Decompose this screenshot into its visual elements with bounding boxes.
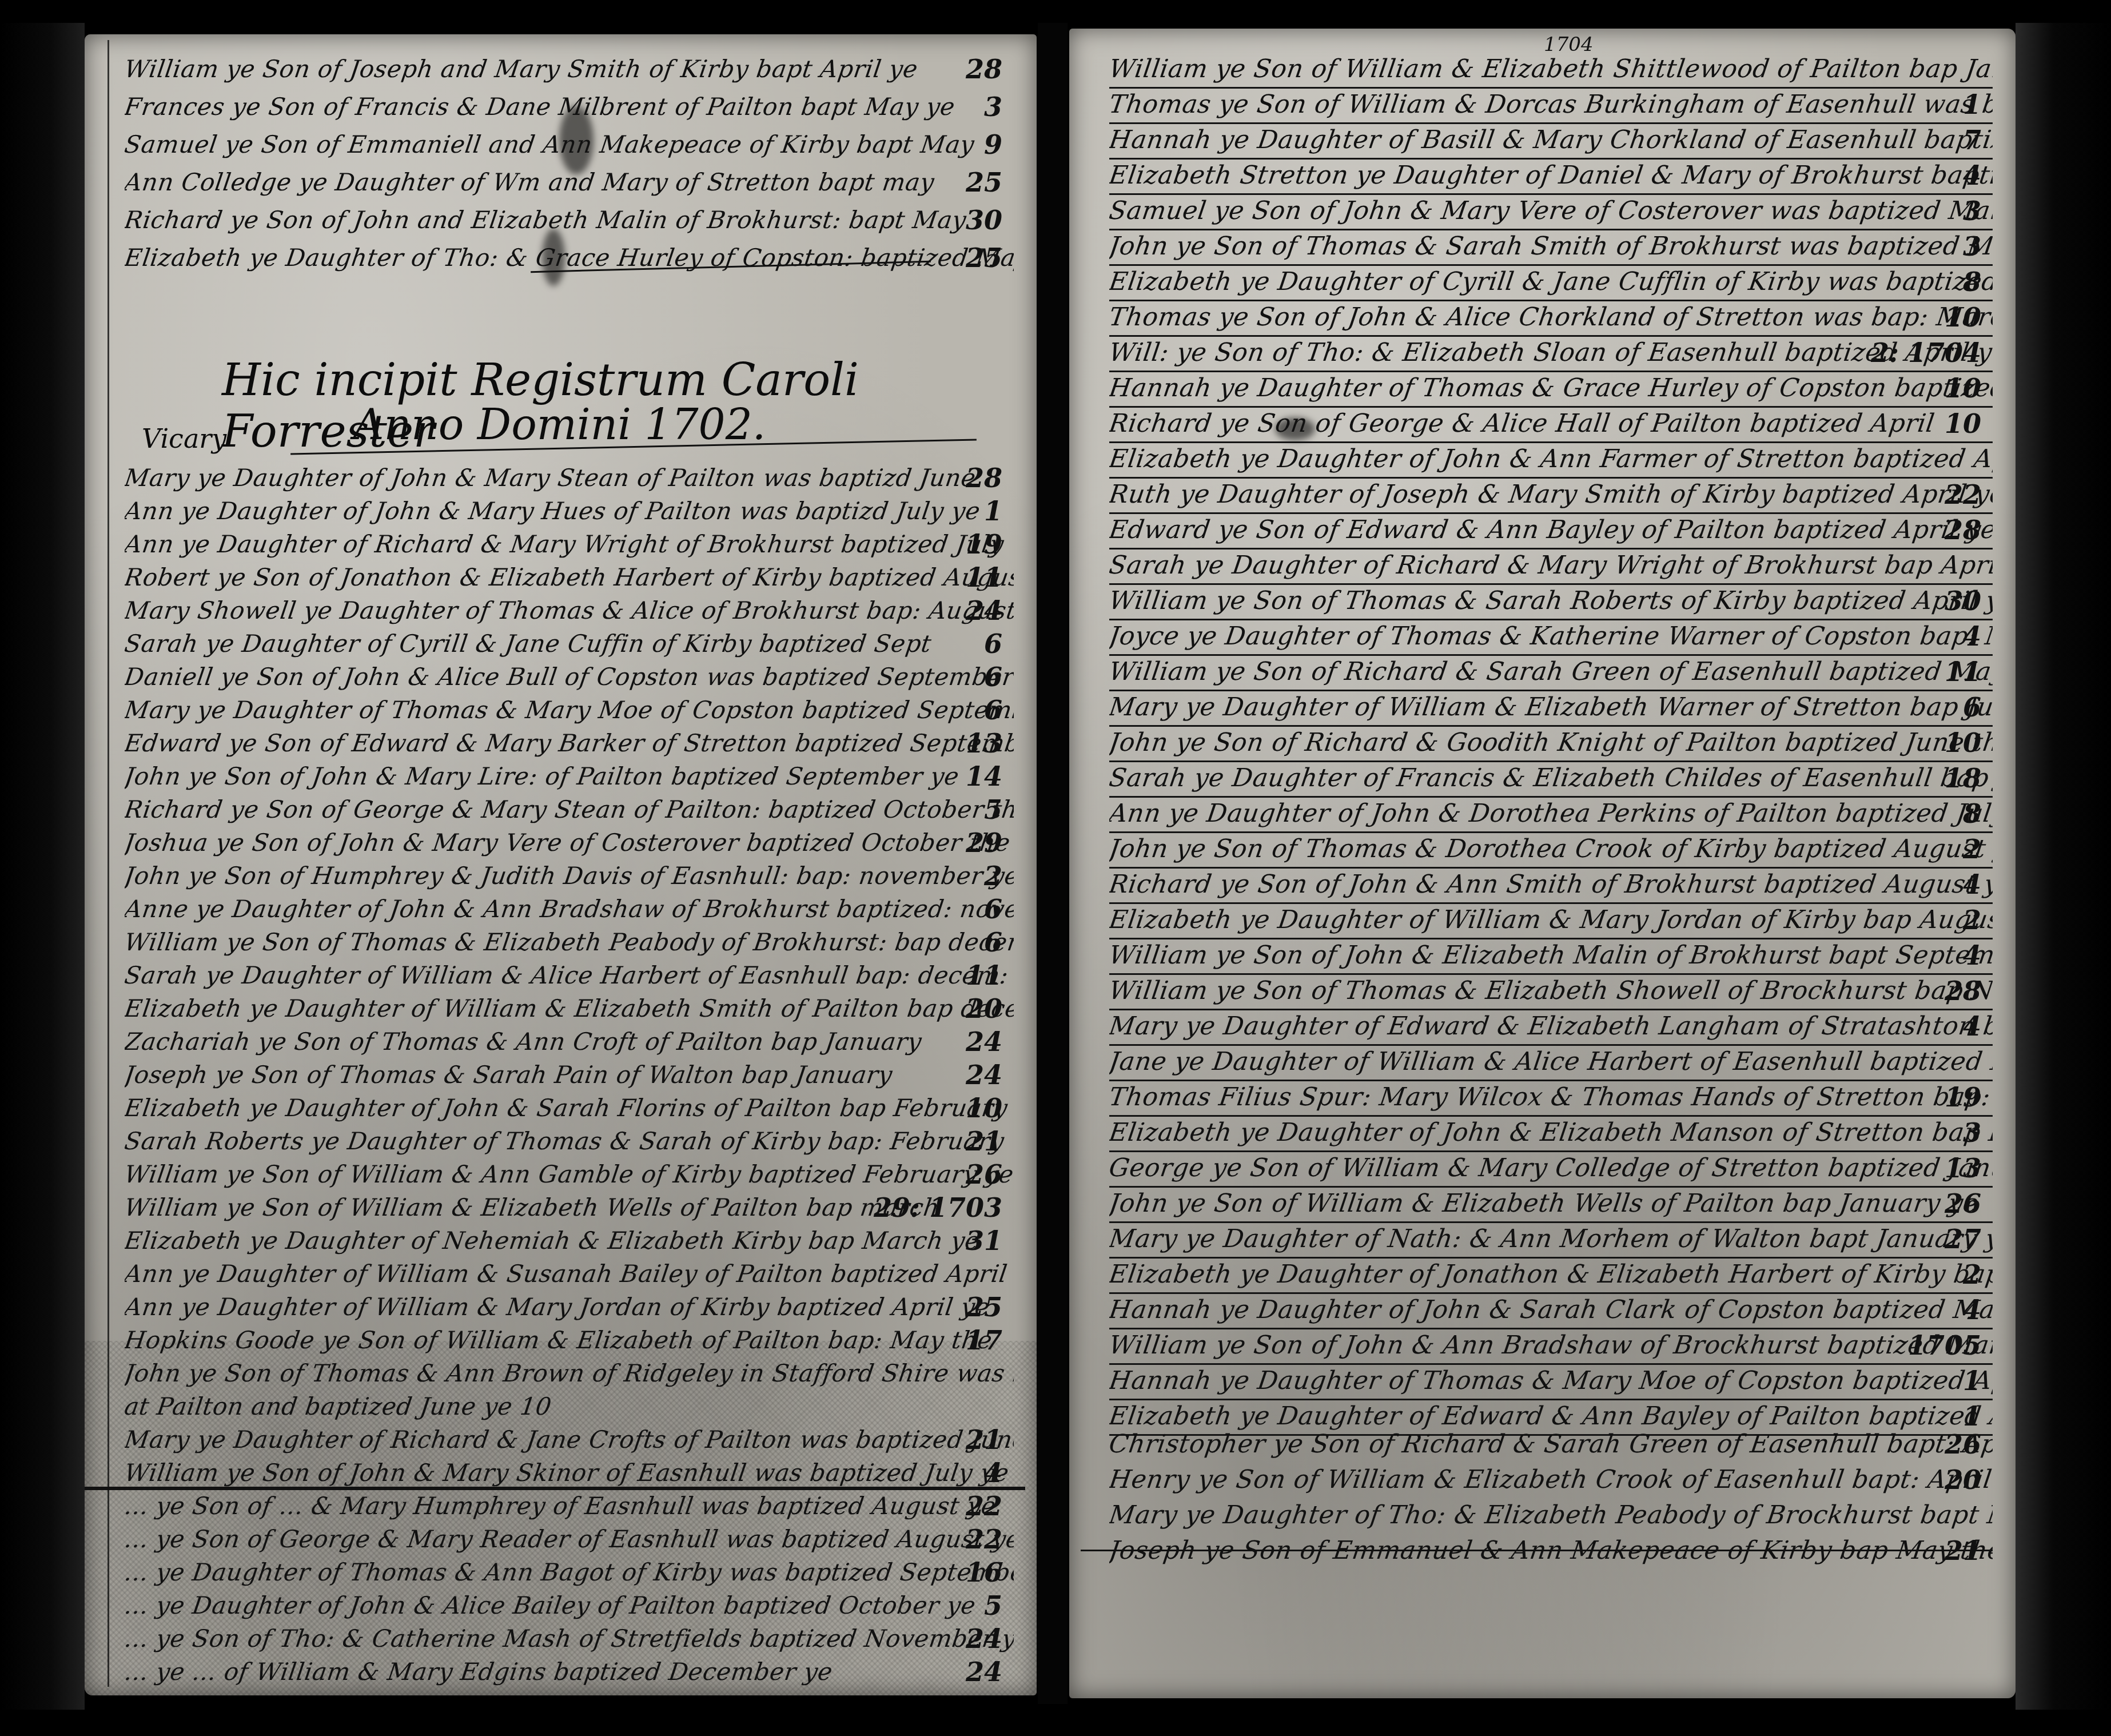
register-entry: Sarah ye Daughter of Richard & Mary Wrig… [1109,548,1993,585]
entry-day: 1705 [1908,1328,1981,1363]
entry-day: 25 [966,240,1002,276]
register-entry: Elizabeth ye Daughter of Jonathon & Eliz… [1109,1257,1993,1294]
register-entry: Zachariah ye Son of Thomas & Ann Croft o… [125,1024,1014,1060]
page-end-rule [1081,1550,1993,1551]
entry-day: 17 [966,1323,1002,1358]
entry-day: 3 [1963,193,1981,229]
entry-day: 30 [966,202,1002,238]
entry-text: Jane ye Daughter of William & Alice Harb… [1109,1044,1993,1080]
entry-text: Thomas ye Son of William & Dorcas Burkin… [1109,87,1993,122]
entry-day: 1 [1963,1363,1981,1399]
register-entry: Mary ye Daughter of William & Elizabeth … [1109,690,1993,727]
entry-text: ... ye Daughter of Thomas & Ann Bagot of… [125,1555,1014,1590]
entry-day: 22 [966,1488,1002,1524]
entry-day: 3 [1963,229,1981,264]
entry-text: Hannah ye Daughter of Thomas & Mary Moe … [1109,1363,1993,1399]
right-register-page: 1704 William ye Son of William & Elizabe… [1069,29,2016,1698]
entry-day: 18 [1945,761,1981,796]
entry-day: 26 [1945,1186,1981,1221]
register-entry: Sarah Roberts ye Daughter of Thomas & Sa… [125,1124,1014,1159]
entry-day: 24 [966,1621,1002,1657]
entry-text: Henry ye Son of William & Elizabeth Croo… [1109,1462,1993,1498]
entry-day: 6 [1963,690,1981,725]
register-entry: Mary ye Daughter of Edward & Elizabeth L… [1109,1009,1993,1046]
entry-day: 9 [984,127,1002,162]
register-entry: Ruth ye Daughter of Joseph & Mary Smith … [1109,477,1993,514]
entry-day: 2 [1963,831,1981,867]
entry-text: Richard ye Son of John and Elizabeth Mal… [125,202,969,238]
entry-day: 6 [984,659,1002,695]
entry-text: Hannah ye Daughter of Basill & Mary Chor… [1109,122,1993,158]
entry-day: 28 [1945,973,1981,1009]
entry-text: Daniell ye Son of John & Alice Bull of C… [125,659,1014,695]
entry-text: William ye Son of John & Mary Skinor of … [125,1455,1011,1491]
left-register-page: William ye Son of Joseph and Mary Smith … [85,34,1037,1695]
register-entry: Ann ye Daughter of William & Susanah Bai… [125,1256,1014,1292]
register-entry: William ye Son of Richard & Sarah Green … [1109,654,1993,691]
entry-text: Hopkins Goode ye Son of William & Elizab… [125,1323,994,1358]
register-entry: William ye Son of Thomas & Elizabeth Sho… [1109,973,1993,1010]
entry-text: Ann ye Daughter of John & Mary Hues of P… [125,493,982,529]
register-entry: ... ye ... of William & Mary Edgins bapt… [125,1654,1014,1690]
entry-text: ... ye ... of William & Mary Edgins bapt… [125,1654,835,1690]
register-entry: Elizabeth ye Daughter of John & Elizabet… [1109,1115,1993,1152]
register-entry: Joseph ye Son of Thomas & Sarah Pain of … [125,1057,1014,1093]
entry-text: Hannah ye Daughter of John & Sarah Clark… [1109,1292,1993,1328]
register-entry: Thomas Filius Spur: Mary Wilcox & Thomas… [1109,1080,1993,1117]
page-end-rule [85,1487,1025,1490]
register-entry: Thomas ye Son of John & Alice Chorkland … [1109,300,1993,337]
entry-text: John ye Son of Thomas & Dorothea Crook o… [1109,831,1993,867]
register-entry: Samuel ye Son of John & Mary Vere of Cos… [1109,193,1993,230]
entry-text: William ye Son of Thomas & Elizabeth Pea… [125,925,1014,960]
register-entry: Jane ye Daughter of William & Alice Harb… [1109,1044,1993,1081]
entry-text: William ye Son of William & Elizabeth We… [125,1190,942,1225]
entry-text: Elizabeth ye Daughter of Jonathon & Eliz… [1109,1257,1993,1292]
register-entry: Richard ye Son of George & Alice Hall of… [1109,406,1993,443]
register-entry: Mary ye Daughter of Richard & Jane Croft… [125,1422,1014,1458]
entry-day: 7 [1963,122,1981,158]
entry-text: William ye Son of William & Ann Gamble o… [125,1157,1014,1192]
entry-text: Ann ye Daughter of Richard & Mary Wright… [125,527,1006,562]
register-entry: Hannah ye Daughter of Thomas & Grace Hur… [1109,371,1993,408]
entry-text: at Pailton and baptized June ye 10 [125,1389,554,1424]
entry-text: Sarah ye Daughter of William & Alice Har… [125,958,1011,993]
register-entry: Edward ye Son of Edward & Mary Barker of… [125,726,1014,761]
register-entry: ... ye Son of Tho: & Catherine Mash of S… [125,1621,1014,1657]
register-entry: William ye Son of Thomas & Sarah Roberts… [1109,583,1993,620]
register-entry: Hannah ye Daughter of Thomas & Mary Moe … [1109,1363,1993,1400]
entry-day: 4 [1963,619,1981,654]
register-entry: Elizabeth ye Daughter of John & Sarah Fl… [125,1090,1014,1126]
entry-day: 21 [966,1124,1002,1159]
register-entry: Ann ye Daughter of John & Mary Hues of P… [125,493,1014,529]
entry-text: Samuel ye Son of Emmaniell and Ann Makep… [125,127,977,162]
entry-day: 2 [1963,902,1981,938]
register-entry: Christopher ye Son of Richard & Sarah Gr… [1109,1427,1993,1462]
entry-day: 14 [966,759,1002,794]
register-entry: at Pailton and baptized June ye 10 [125,1389,1014,1424]
entry-text: Christopher ye Son of Richard & Sarah Gr… [1109,1427,1993,1462]
register-entry: John ye Son of Richard & Goodith Knight … [1109,725,1993,762]
entry-day: 4 [1963,1292,1981,1328]
entry-day: 25 [966,165,1002,200]
register-entry: William ye Son of John & Mary Skinor of … [125,1455,1014,1491]
entry-text: Frances ye Son of Francis & Dane Milbren… [125,89,957,125]
entry-text: Elizabeth Stretton ye Daughter of Daniel… [1109,158,1993,193]
entry-day: 8 [1963,264,1981,300]
entry-text: Sarah ye Daughter of Francis & Elizabeth… [1109,761,1993,796]
entry-text: William ye Son of William & Elizabeth Sh… [1109,51,1993,87]
right-scan-border [2016,23,2111,1710]
register-entry: Elizabeth ye Daughter of John & Ann Farm… [1109,441,1993,479]
entry-text: John ye Son of Richard & Goodith Knight … [1109,725,1993,761]
register-entry: William ye Son of John & Elizabeth Malin… [1109,938,1993,975]
entry-text: Thomas ye Son of John & Alice Chorkland … [1109,300,1993,335]
entry-text: John ye Son of Thomas & Sarah Smith of B… [1109,229,1993,264]
entry-day: 1 [984,493,1002,529]
register-entry: John ye Son of Thomas & Dorothea Crook o… [1109,831,1993,869]
register-entry: Henry ye Son of William & Elizabeth Croo… [1109,1462,1993,1498]
left-scan-border [0,23,85,1710]
register-entry: Richard ye Son of John and Elizabeth Mal… [125,202,1014,238]
register-entry: Anne ye Daughter of John & Ann Bradshaw … [125,891,1014,927]
entry-text: William ye Son of Thomas & Sarah Roberts… [1109,583,1993,619]
entry-text: Ann ye Daughter of William & Susanah Bai… [125,1256,1010,1292]
register-entry: ... ye Son of George & Mary Reader of Ea… [125,1522,1014,1557]
entry-text: Mary ye Daughter of Edward & Elizabeth L… [1109,1009,1993,1044]
entry-text: Edward ye Son of Edward & Mary Barker of… [125,726,1014,761]
register-entry: Daniell ye Son of John & Alice Bull of C… [125,659,1014,695]
register-entry: Elizabeth ye Daughter of William & Mary … [1109,902,1993,939]
register-entry: Ann ye Daughter of William & Mary Jordan… [125,1289,1014,1325]
register-heading-year: Anno Domini 1702. [353,400,766,449]
register-entry: Frances ye Son of Francis & Dane Milbren… [125,89,1014,125]
register-entry: John ye Son of Thomas & Ann Brown of Rid… [125,1356,1014,1391]
entry-day: 24 [966,1057,1002,1093]
entry-day: 25 [966,1289,1002,1325]
entry-day: 24 [966,1654,1002,1690]
entry-text: Mary ye Daughter of Tho: & Elizabeth Pea… [1109,1498,1993,1533]
entry-day: 6 [984,692,1002,728]
entry-day: 24 [966,1024,1002,1060]
entry-day: 11 [966,958,1002,993]
register-entry: William ye Son of John & Ann Bradshaw of… [1109,1328,1993,1365]
entry-text: Mary ye Daughter of Nath: & Ann Morhem o… [1109,1221,1993,1257]
entry-day: 10 [966,1090,1002,1126]
entry-text: ... ye Daughter of John & Alice Bailey o… [125,1588,978,1623]
entry-text: Mary ye Daughter of William & Elizabeth … [1109,690,1993,725]
entry-text: Sarah ye Daughter of Richard & Mary Wrig… [1109,548,1993,583]
entry-day: 31 [966,1223,1002,1259]
entry-day: 4 [1963,867,1981,902]
entry-day: 10 [1945,406,1981,441]
entry-day: 4 [984,1455,1002,1491]
entry-day: 19 [966,527,1002,562]
entry-day: 13 [1945,1150,1981,1186]
entry-day: 22 [1945,477,1981,512]
entry-day: 5 [984,1588,1002,1623]
entry-day: 6 [984,891,1002,927]
entry-text: William ye Son of John & Elizabeth Malin… [1109,938,1993,973]
entry-text: Elizabeth ye Daughter of Nehemiah & Eliz… [125,1223,982,1259]
entry-day: 11 [1945,654,1981,690]
entry-text: Sarah ye Daughter of Cyrill & Jane Cuffi… [125,626,934,662]
entry-text: Will: ye Son of Tho: & Elizabeth Sloan o… [1109,335,1993,371]
register-entry: Mary Showell ye Daughter of Thomas & Ali… [125,593,1014,628]
entry-text: Elizabeth ye Daughter of John & Elizabet… [1109,1115,1993,1150]
entry-text: Joyce ye Daughter of Thomas & Katherine … [1109,619,1993,654]
entry-day: 21 [966,1422,1002,1458]
entry-day: 20 [966,991,1002,1026]
entry-text: John ye Son of William & Elizabeth Wells… [1109,1186,1981,1221]
register-entry: ... ye Son of ... & Mary Humphrey of Eas… [125,1488,1014,1524]
entry-day: 16 [966,1555,1002,1590]
entry-day: 4 [1963,1009,1981,1044]
entry-text: Elizabeth ye Daughter of John & Ann Farm… [1109,441,1993,477]
register-entry: Sarah ye Daughter of William & Alice Har… [125,958,1014,993]
entry-text: Mary ye Daughter of Thomas & Mary Moe of… [125,692,1014,728]
entry-text: Anne ye Daughter of John & Ann Bradshaw … [125,891,1014,927]
entry-day: 2 [1963,1257,1981,1292]
entry-text: Joshua ye Son of John & Mary Vere of Cos… [125,825,1013,861]
register-entry: Samuel ye Son of Emmaniell and Ann Makep… [125,127,1014,162]
entry-day: 28 [1945,512,1981,548]
entry-text: Mary Showell ye Daughter of Thomas & Ali… [125,593,1014,628]
entry-text: Ann ye Daughter of William & Mary Jordan… [125,1289,992,1325]
entry-text: Zachariah ye Son of Thomas & Ann Croft o… [125,1024,924,1060]
register-entry: Richard ye Son of John & Ann Smith of Br… [1109,867,1993,904]
entry-text: Samuel ye Son of John & Mary Vere of Cos… [1109,193,1993,229]
register-entry: Ann ye Daughter of John & Dorothea Perki… [1109,796,1993,833]
entry-text: William ye Son of John & Ann Bradshaw of… [1109,1328,1993,1363]
entry-day: 2 [984,858,1002,894]
entry-text: ... ye Son of ... & Mary Humphrey of Eas… [125,1488,998,1524]
register-entry: Joyce ye Daughter of Thomas & Katherine … [1109,619,1993,656]
register-entry: John ye Son of John & Mary Lire: of Pail… [125,759,1014,794]
entry-text: Ann Colledge ye Daughter of Wm and Mary … [125,165,937,200]
register-entry: Ann ye Daughter of Richard & Mary Wright… [125,527,1014,562]
vicar-label: Vicary [142,423,226,454]
entry-text: Mary ye Daughter of Richard & Jane Croft… [125,1422,1014,1458]
register-entry: John ye Son of Thomas & Sarah Smith of B… [1109,229,1993,266]
entry-day: 19 [1945,1080,1981,1115]
register-entry: Sarah ye Daughter of Cyrill & Jane Cuffi… [125,626,1014,662]
register-entry: William ye Son of William & Ann Gamble o… [125,1157,1014,1192]
entry-day: 3 [984,89,1002,125]
entry-text: Elizabeth ye Daughter of Cyrill & Jane C… [1109,264,1993,300]
entry-text: Ann ye Daughter of John & Dorothea Perki… [1109,796,1993,831]
entry-text: John ye Son of Thomas & Ann Brown of Rid… [125,1356,1014,1391]
entry-text: Richard ye Son of George & Alice Hall of… [1109,406,1937,441]
entry-text: William ye Son of Richard & Sarah Green … [1109,654,1993,690]
register-entry: William ye Son of William & Elizabeth Sh… [1109,51,1993,89]
entry-text: Hannah ye Daughter of Thomas & Grace Hur… [1109,371,1993,406]
entry-day: 10 [1945,300,1981,335]
entry-day: 26 [1945,1427,1981,1462]
entry-day: 24 [966,593,1002,628]
entry-day: 29: 1703 [874,1190,1002,1225]
entry-day: 28 [966,460,1002,496]
register-entry: Elizabeth ye Daughter of Cyrill & Jane C… [1109,264,1993,301]
entry-text: William ye Son of Thomas & Elizabeth Sho… [1109,973,1993,1009]
entry-text: Richard ye Son of John & Ann Smith of Br… [1109,867,1993,902]
register-entry: Richard ye Son of George & Mary Stean of… [125,792,1014,827]
register-entry: Elizabeth Stretton ye Daughter of Daniel… [1109,158,1993,195]
register-entry: John ye Son of Humphrey & Judith Davis o… [125,858,1014,894]
register-entry: Sarah ye Daughter of Francis & Elizabeth… [1109,761,1993,798]
register-entry: Mary ye Daughter of Nath: & Ann Morhem o… [1109,1221,1993,1259]
register-entry: ... ye Daughter of John & Alice Bailey o… [125,1588,1014,1623]
entry-day: 30 [1945,583,1981,619]
entry-day: 22 [966,1522,1002,1557]
entry-day: 4 [1963,938,1981,973]
entry-text: Elizabeth ye Daughter of William & Eliza… [125,991,1014,1026]
entry-text: Mary ye Daughter of John & Mary Stean of… [125,460,978,496]
register-entry: Thomas ye Son of William & Dorcas Burkin… [1109,87,1993,124]
entry-day: 13 [966,726,1002,761]
entry-day: 5 [984,792,1002,827]
register-entry: Robert ye Son of Jonathon & Elizabeth Ha… [125,560,1014,595]
entry-day: 20 [1945,1462,1981,1498]
entry-text: ... ye Son of Tho: & Catherine Mash of S… [125,1621,1014,1657]
register-entry: Hannah ye Daughter of John & Sarah Clark… [1109,1292,1993,1329]
register-entry: William ye Son of Joseph and Mary Smith … [125,51,1014,87]
entry-text: George ye Son of William & Mary Colledge… [1109,1150,1993,1186]
register-entry: Will: ye Son of Tho: & Elizabeth Sloan o… [1109,335,1993,372]
entry-day: 27 [1945,1221,1981,1257]
register-entry: Elizabeth ye Daughter of William & Eliza… [125,991,1014,1026]
entry-text: Thomas Filius Spur: Mary Wilcox & Thomas… [1109,1080,1993,1115]
entry-text: Edward ye Son of Edward & Ann Bayley of … [1109,512,1993,548]
entry-text: Joseph ye Son of Thomas & Sarah Pain of … [125,1057,895,1093]
entry-text: Elizabeth ye Daughter of William & Mary … [1109,902,1993,938]
entry-day: 6 [984,626,1002,662]
register-entry: ... ye Daughter of Thomas & Ann Bagot of… [125,1555,1014,1590]
entry-day: 8 [1963,796,1981,831]
book-binding-gutter [1038,23,1068,1704]
entry-day: 3 [1963,1115,1981,1150]
register-entry: Edward ye Son of Edward & Ann Bayley of … [1109,512,1993,550]
register-entry: Mary ye Daughter of Thomas & Mary Moe of… [125,692,1014,728]
register-entry: Mary ye Daughter of Tho: & Elizabeth Pea… [1109,1498,1993,1533]
entry-day: 10 [1945,725,1981,761]
entry-text: Elizabeth ye Daughter of John & Sarah Fl… [125,1090,1010,1126]
register-entry: Hopkins Goode ye Son of William & Elizab… [125,1323,1014,1358]
register-entry: Hannah ye Daughter of Basill & Mary Chor… [1109,122,1993,160]
entry-day: 4 [1963,158,1981,193]
entry-day: 1 [1963,87,1981,122]
register-entry: Elizabeth ye Daughter of Nehemiah & Eliz… [125,1223,1014,1259]
entry-text: John ye Son of Humphrey & Judith Davis o… [125,858,1014,894]
register-entry: Mary ye Daughter of John & Mary Stean of… [125,460,1014,496]
register-entry: John ye Son of William & Elizabeth Wells… [1109,1186,1993,1223]
register-entry: William ye Son of William & Elizabeth We… [125,1190,1014,1225]
entry-day: 10 [1945,371,1981,406]
register-entry: Ann Colledge ye Daughter of Wm and Mary … [125,165,1014,200]
entry-text: Ruth ye Daughter of Joseph & Mary Smith … [1109,477,1993,512]
entry-text: John ye Son of John & Mary Lire: of Pail… [125,759,961,794]
entry-text: Sarah Roberts ye Daughter of Thomas & Sa… [125,1124,1006,1159]
entry-day: 6 [984,925,1002,960]
entry-day: 29 [966,825,1002,861]
entry-day: 11 [966,560,1002,595]
entry-day: 2: 1704 [1871,335,1981,371]
entry-text: William ye Son of Joseph and Mary Smith … [125,51,920,87]
entry-text: Robert ye Son of Jonathon & Elizabeth Ha… [125,560,1014,595]
register-entry: George ye Son of William & Mary Colledge… [1109,1150,1993,1188]
register-entry: Joshua ye Son of John & Mary Vere of Cos… [125,825,1014,861]
register-entry: William ye Son of Thomas & Elizabeth Pea… [125,925,1014,960]
entry-text: ... ye Son of George & Mary Reader of Ea… [125,1522,1014,1557]
entry-text: Richard ye Son of George & Mary Stean of… [125,792,1014,827]
entry-day: 26 [966,1157,1002,1192]
entry-day: 28 [966,51,1002,87]
